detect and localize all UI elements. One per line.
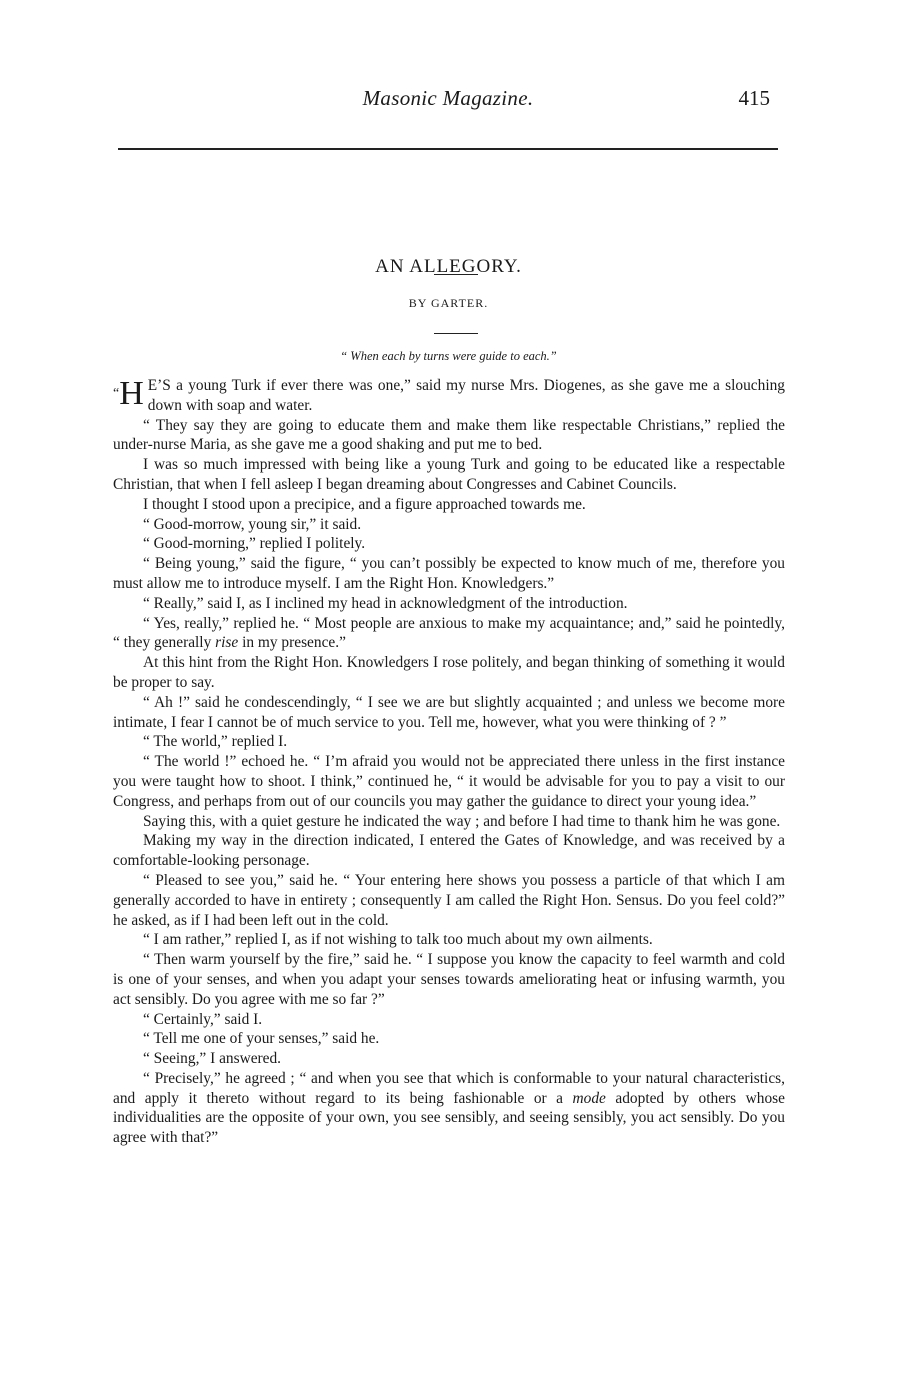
paragraph: “ The world !” echoed he. “ I’m afraid y… bbox=[113, 752, 785, 811]
paragraph: “ Pleased to see you,” said he. “ Your e… bbox=[113, 871, 785, 930]
header-rule bbox=[118, 148, 778, 150]
paragraph: “ Precisely,” he agreed ; “ and when you… bbox=[113, 1069, 785, 1148]
running-title: Masonic Magazine. bbox=[118, 86, 778, 111]
paragraph: “ Yes, really,” replied he. “ Most peopl… bbox=[113, 614, 785, 654]
title-rule bbox=[434, 274, 478, 275]
paragraph: “ Seeing,” I answered. bbox=[113, 1049, 785, 1069]
paragraph: I thought I stood upon a precipice, and … bbox=[113, 495, 785, 515]
paragraph: “ Then warm yourself by the fire,” said … bbox=[113, 950, 785, 1009]
paragraph: “ Being young,” said the figure, “ you c… bbox=[113, 554, 785, 594]
paragraph: “ I am rather,” replied I, as if not wis… bbox=[113, 930, 785, 950]
page-header: Masonic Magazine. 415 bbox=[118, 78, 778, 118]
paragraph: “ Good-morrow, young sir,” it said. bbox=[113, 515, 785, 535]
paragraph: Saying this, with a quiet gesture he ind… bbox=[113, 812, 785, 832]
article-body: “HE’S a young Turk if ever there was one… bbox=[113, 376, 785, 1148]
paragraph: Making my way in the direction indicated… bbox=[113, 831, 785, 871]
byline: BY GARTER. bbox=[0, 296, 897, 311]
paragraph: “ Certainly,” said I. bbox=[113, 1010, 785, 1030]
paragraph: “ The world,” replied I. bbox=[113, 732, 785, 752]
byline-rule bbox=[434, 333, 478, 334]
page-number: 415 bbox=[739, 86, 771, 111]
paragraph: “ Tell me one of your senses,” said he. bbox=[113, 1029, 785, 1049]
paragraph: “ They say they are going to educate the… bbox=[113, 416, 785, 456]
paragraph: I was so much impressed with being like … bbox=[113, 455, 785, 495]
epigraph: “ When each by turns were guide to each.… bbox=[0, 349, 897, 364]
paragraph: “ Really,” said I, as I inclined my head… bbox=[113, 594, 785, 614]
paragraph: “ Good-morning,” replied I politely. bbox=[113, 534, 785, 554]
paragraph: “ Ah !” said he condescendingly, “ I see… bbox=[113, 693, 785, 733]
paragraph: At this hint from the Right Hon. Knowled… bbox=[113, 653, 785, 693]
paragraph: “HE’S a young Turk if ever there was one… bbox=[113, 376, 785, 416]
drop-cap: “H bbox=[113, 378, 144, 410]
